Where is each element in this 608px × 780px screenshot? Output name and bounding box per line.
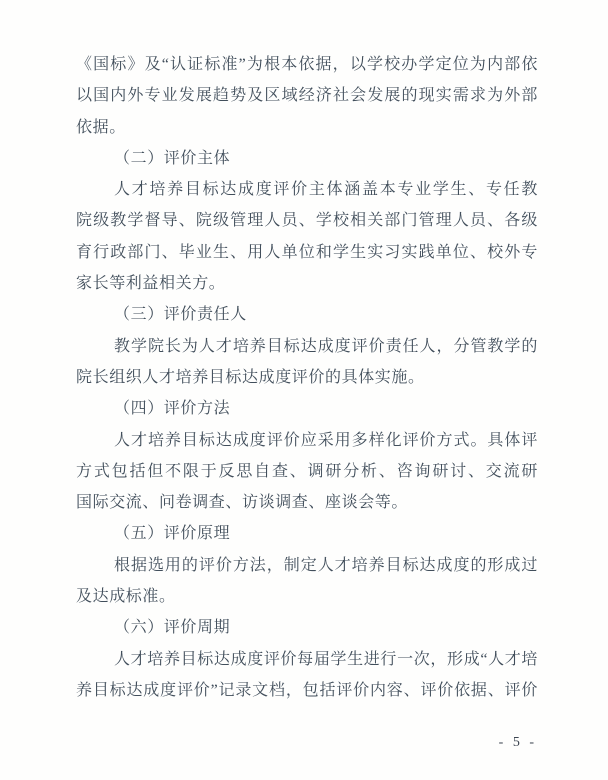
section-heading: （五）评价原理 [76,518,538,549]
section-heading: （四）评价方法 [76,393,538,424]
text-line: 教学院长为人才培养目标达成度评价责任人，分管教学的副 [76,331,538,362]
text-line: 育行政部门、毕业生、用人单位和学生实习实践单位、校外专家、 [76,237,538,268]
section-heading: （三）评价责任人 [76,299,538,330]
text-line: 以国内外专业发展趋势及区域经济社会发展的现实需求为外部 [76,80,538,111]
text-line: 人才培养目标达成度评价主体涵盖本专业学生、专任教师、 [76,174,538,205]
text-line: 养目标达成度评价”记录文档，包括评价内容、评价依据、评价 [76,675,538,706]
text-line: 依据。 [76,112,538,143]
text-line: 人才培养目标达成度评价应采用多样化评价方式。具体评价 [76,425,538,456]
text-line: 方式包括但不限于反思自查、调研分析、咨询研讨、交流研讨、 [76,456,538,487]
section-heading: （二）评价主体 [76,143,538,174]
text-line: 根据选用的评价方法，制定人才培养目标达成度的形成过程 [76,550,538,581]
page-number: - 5 - [499,733,537,753]
text-line: 院级教学督导、院级管理人员、学校相关部门管理人员、各级教 [76,205,538,236]
document-body: 《国标》及“认证标准”为根本依据，以学校办学定位为内部依据，以国内外专业发展趋势… [76,49,538,706]
section-heading: （六）评价周期 [76,612,538,643]
text-line: 国际交流、问卷调查、访谈调查、座谈会等。 [76,487,538,518]
text-line: 人才培养目标达成度评价每届学生进行一次，形成“人才培 [76,644,538,675]
text-line: 《国标》及“认证标准”为根本依据，以学校办学定位为内部依据， [76,49,538,80]
text-line: 院长组织人才培养目标达成度评价的具体实施。 [76,362,538,393]
document-page: 《国标》及“认证标准”为根本依据，以学校办学定位为内部依据，以国内外专业发展趋势… [0,0,608,780]
text-line: 家长等利益相关方。 [76,268,538,299]
text-line: 及达成标准。 [76,581,538,612]
